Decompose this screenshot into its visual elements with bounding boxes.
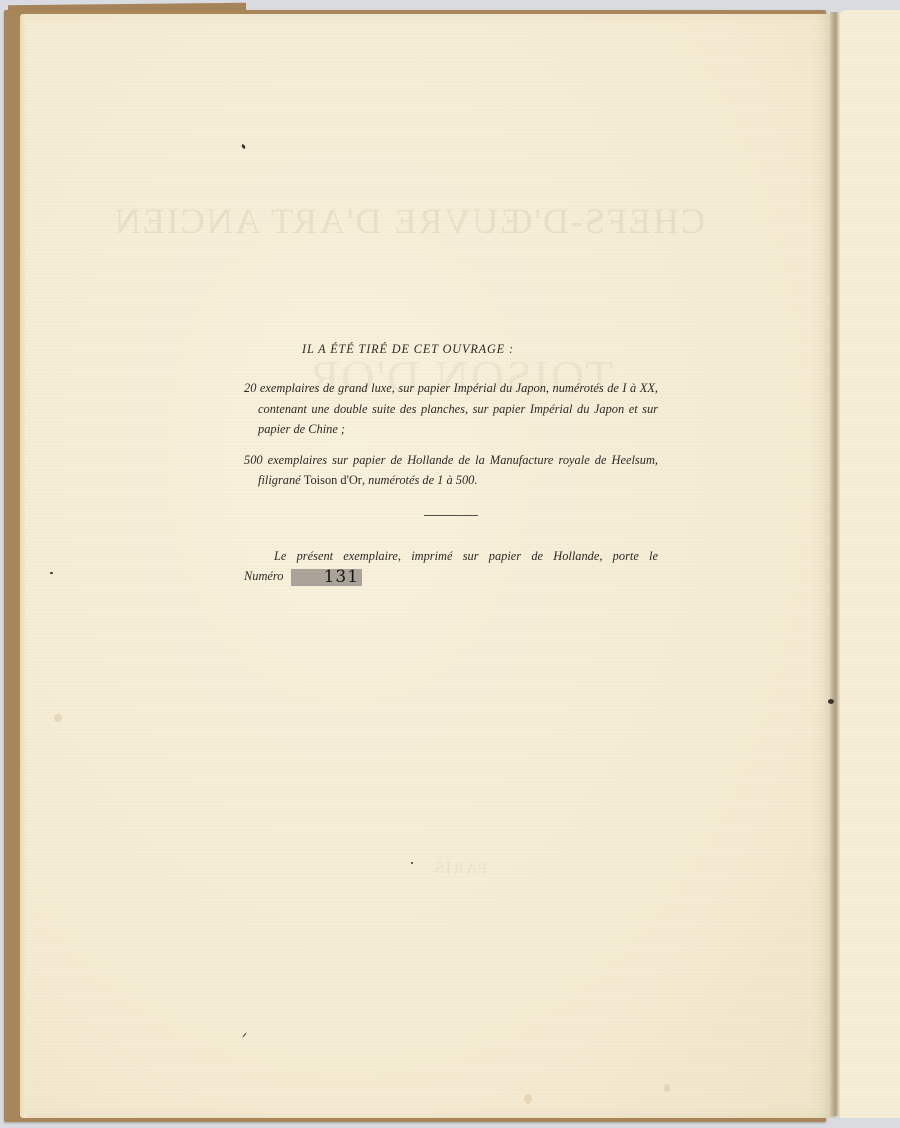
copy-number-label: Numéro	[244, 569, 283, 583]
ink-speck	[241, 144, 246, 150]
ink-speck	[50, 572, 53, 574]
edition-entry-hollande: 500 exemplaires sur papier de Hollande d…	[244, 450, 658, 491]
copy-statement-text: Le présent exemplaire, imprimé sur papie…	[244, 546, 658, 566]
copy-number-stamp: 131	[291, 569, 362, 586]
edition-entry-japon: 20 exemplaires de grand luxe, sur papier…	[244, 378, 658, 440]
book-gutter	[830, 12, 840, 1116]
copy-statement: Le présent exemplaire, imprimé sur papie…	[244, 546, 658, 586]
colophon-heading: IL A ÉTÉ TIRÉ DE CET OUVRAGE :	[302, 340, 658, 358]
separator-rule	[424, 515, 478, 516]
paper-stain	[54, 714, 62, 722]
colophon-block: IL A ÉTÉ TIRÉ DE CET OUVRAGE : 20 exempl…	[244, 340, 658, 586]
show-through-place: PARIS	[360, 860, 560, 878]
ink-speck	[828, 699, 834, 704]
paper-stain	[664, 1084, 670, 1092]
edition-text: 20 exemplaires de grand luxe, sur papier…	[244, 381, 658, 436]
edition-list: 20 exemplaires de grand luxe, sur papier…	[244, 378, 658, 491]
right-page-edge	[840, 10, 900, 1118]
paper-stain	[524, 1094, 532, 1104]
watermark-name: Toison d'Or	[304, 473, 362, 487]
edition-text-after: , numérotés de 1 à 500.	[362, 473, 478, 487]
show-through-title: CHEFS-D'ŒUVRE D'ART ANCIEN	[205, 200, 705, 242]
ink-speck	[242, 1032, 247, 1037]
